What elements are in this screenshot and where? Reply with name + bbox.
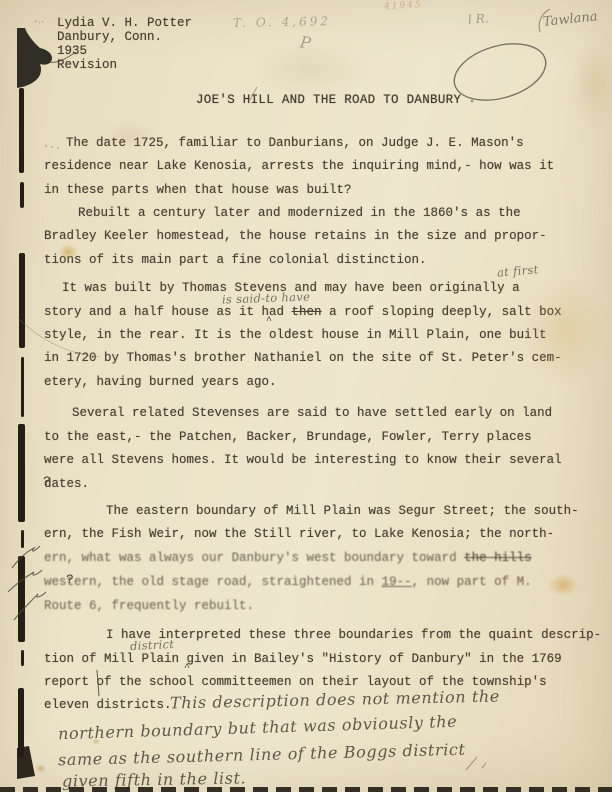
pencil-strokes-overlay: [0, 0, 612, 792]
body-line: story and a half house as it had then a …: [44, 305, 562, 319]
body-line: to the east,- the Patchen, Backer, Brund…: [44, 430, 532, 444]
manuscript-page: Lydia V. H. Potter Danbury, Conn. 1935 R…: [0, 0, 612, 792]
body-line: in 1720 by Thomas's brother Nathaniel on…: [44, 351, 562, 365]
page-title: JOE'S HILL AND THE ROAD TO DANBURY: [196, 93, 461, 107]
torn-edge-mark: [20, 182, 24, 208]
title-dot-mark: [471, 100, 474, 103]
torn-edge-mark: [21, 650, 24, 666]
header-author: Lydia V. H. Potter: [57, 16, 192, 30]
body-line: style, in the rear. It is the oldest hou…: [44, 328, 547, 342]
cursive-line: This description does not mention the: [170, 687, 500, 713]
body-text: a roof sloping deeply, salt box: [322, 305, 562, 319]
erased-line: ern, what was always our Danbury's west …: [44, 551, 532, 565]
pencil-dots: [45, 145, 59, 149]
torn-corner-blob: [17, 28, 52, 88]
pencil-insert-at-first: at first: [496, 262, 539, 280]
body-line: Bradley Keeler homestead, the house reta…: [44, 229, 547, 243]
header-note: Revision: [57, 58, 117, 72]
margin-question-mark: ?: [43, 474, 51, 489]
erased-text: , now part of M.: [412, 575, 532, 589]
torn-edge-mark: [18, 424, 25, 522]
body-line: residence near Lake Kenosia, arrests the…: [44, 159, 554, 173]
body-line: tion of Mill Plain given in Bailey's "Hi…: [44, 652, 562, 666]
body-line: The date 1725, familiar to Danburians, o…: [66, 136, 524, 150]
torn-edge-mark: [21, 357, 24, 417]
torn-edge-mark: [19, 88, 24, 173]
torn-edge-mark: [18, 556, 25, 642]
body-line: Several related Stevenses are said to ha…: [72, 406, 552, 420]
cursive-line: same as the southern line of the Boggs d…: [58, 740, 466, 770]
pencil-oval: [448, 34, 553, 110]
pencil-insert-district: district: [130, 637, 175, 653]
body-line: ern, the Fish Weir, now the Still river,…: [44, 527, 554, 541]
caret-mark: ^: [184, 663, 190, 674]
body-line: eleven districts.: [44, 698, 172, 712]
body-line: I have interpreted these three boundarie…: [106, 628, 601, 642]
erased-line: Route 6, frequently rebuilt.: [44, 599, 254, 613]
pencil-catalog-note: T. O. 4,692: [233, 14, 331, 30]
header-place: Danbury, Conn.: [57, 30, 162, 44]
torn-bottom-edge: [0, 787, 612, 792]
caret-mark: ^: [266, 316, 272, 327]
pencil-initial-mark: P: [299, 32, 312, 52]
body-line: were all Stevens homes. It would be inte…: [44, 453, 562, 467]
body-line: etery, having burned years ago.: [44, 375, 277, 389]
body-line: Rebuilt a century later and modernized i…: [78, 206, 521, 220]
struck-erased-word: the hills: [464, 551, 532, 565]
cursive-line: northern boundary but that was obviously…: [58, 712, 458, 744]
body-line: tions of its main part a fine colonial d…: [44, 253, 427, 267]
struck-word: then: [292, 305, 322, 319]
erased-line: western, the old stage road, straightene…: [44, 575, 532, 589]
stain: [36, 764, 46, 773]
stray-mark: [466, 757, 486, 770]
erased-text: western, the old stage road, straightene…: [44, 575, 382, 589]
body-text: story and a half house as it had: [44, 305, 292, 319]
torn-edge-mark: [18, 688, 24, 758]
torn-edge-mark: [19, 253, 25, 348]
margin-scribbles: [8, 546, 46, 620]
pencil-insert-is-said-to-have: is said-to have: [222, 289, 311, 306]
body-line: The eastern boundary of Mill Plain was S…: [106, 504, 579, 518]
torn-edge-mark: [21, 530, 24, 548]
pencil-name-flourish: Tawlana: [542, 9, 598, 30]
body-line: in these parts when that house was built…: [44, 183, 352, 197]
erased-text: ern, what was always our Danbury's west …: [44, 551, 464, 565]
underlined-erased-word: 19--: [382, 575, 412, 589]
faint-stamp: 41945: [384, 0, 423, 12]
margin-question-mark: ?: [66, 572, 74, 587]
header-year: 1935: [57, 44, 87, 58]
red-edge-dashes: -..: [33, 14, 45, 27]
stain: [570, 40, 612, 130]
stain: [548, 574, 578, 596]
pencil-right-note: l R.: [468, 11, 489, 26]
